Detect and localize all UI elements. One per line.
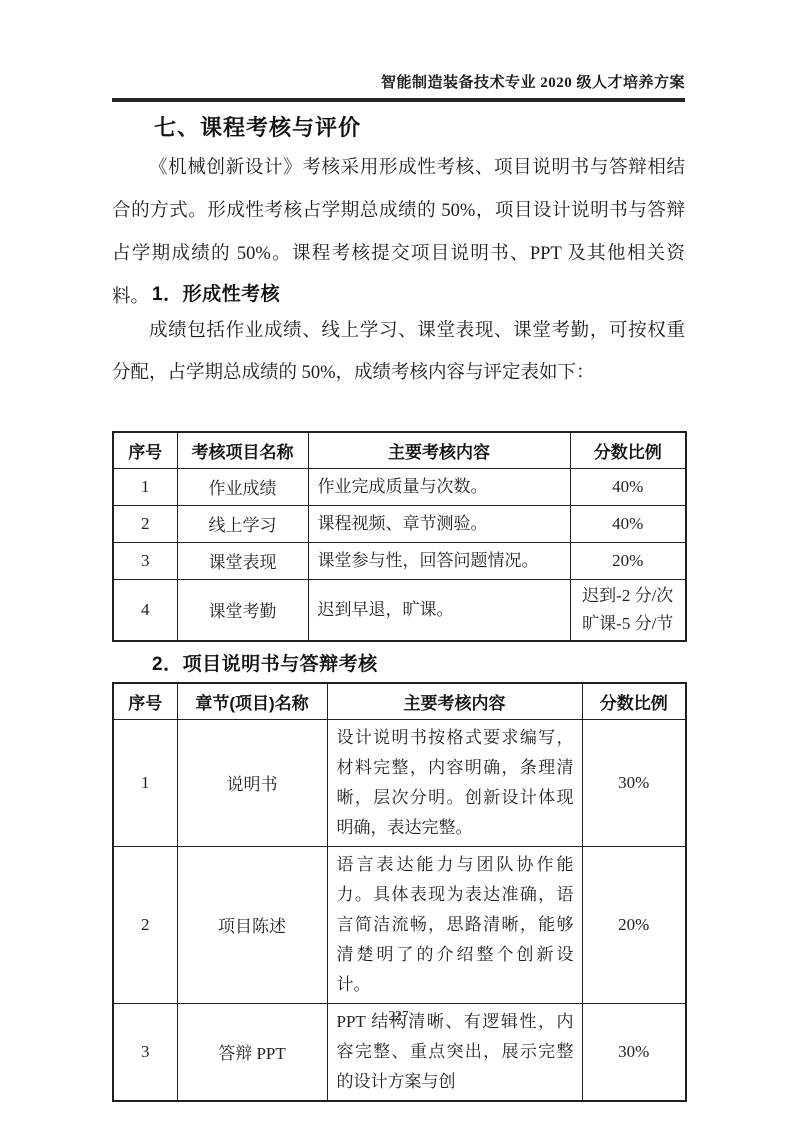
table1-row3-name: 课堂表现 bbox=[177, 542, 308, 579]
table1-row1-num: 1 bbox=[113, 468, 177, 505]
score-line-late: 迟到-2 分/次 bbox=[582, 582, 673, 610]
table-row: 1 作业成绩 作业完成质量与次数。 40% bbox=[113, 468, 686, 505]
table-row: 4 课堂考勤 迟到早退，旷课。 迟到-2 分/次 旷课-5 分/节 bbox=[113, 579, 686, 641]
table2-row2-num: 2 bbox=[113, 846, 177, 1003]
subsection1-heading: 1．形成性考核 bbox=[152, 279, 280, 306]
table1-row1-content: 作业完成质量与次数。 bbox=[308, 468, 570, 505]
table-row: 2 项目陈述 语言表达能力与团队协作能力。具体表现为表达准确，语言简洁流畅，思路… bbox=[113, 846, 686, 1003]
document-content-area: 智能制造装备技术专业 2020 级人才培养方案 七、课程考核与评价 《机械创新设… bbox=[112, 0, 685, 1122]
table1-row4-name: 课堂考勤 bbox=[177, 579, 308, 641]
table2-row2-content: 语言表达能力与团队协作能力。具体表现为表达准确，语言简洁流畅，思路清晰，能够清楚… bbox=[327, 846, 582, 1003]
table2-header-row: 序号 章节(项目)名称 主要考核内容 分数比例 bbox=[113, 683, 686, 719]
table2-row1-score: 30% bbox=[582, 719, 686, 846]
page-number: 227 bbox=[112, 1008, 685, 1024]
table1-row3-score: 20% bbox=[570, 542, 686, 579]
table1-row2-content: 课程视频、章节测验。 bbox=[308, 505, 570, 542]
table2-header-name: 章节(项目)名称 bbox=[177, 683, 327, 719]
table2-row1-content: 设计说明书按格式要求编写，材料完整，内容明确，条理清晰，层次分明。创新设计体现明… bbox=[327, 719, 582, 846]
table-row: 3 课堂表现 课堂参与性，回答问题情况。 20% bbox=[113, 542, 686, 579]
table-row: 2 线上学习 课程视频、章节测验。 40% bbox=[113, 505, 686, 542]
table2-row2-score: 20% bbox=[582, 846, 686, 1003]
document-page: 智能制造装备技术专业 2020 级人才培养方案 七、课程考核与评价 《机械创新设… bbox=[0, 0, 793, 1122]
table1-row4-content: 迟到早退，旷课。 bbox=[308, 579, 570, 641]
project-defense-assessment-table: 序号 章节(项目)名称 主要考核内容 分数比例 1 说明书 设计说明书按格式要求… bbox=[112, 682, 687, 1102]
table1-row2-name: 线上学习 bbox=[177, 505, 308, 542]
table-row: 1 说明书 设计说明书按格式要求编写，材料完整，内容明确，条理清晰，层次分明。创… bbox=[113, 719, 686, 846]
header-rule-divider bbox=[112, 98, 685, 102]
table2-row1-name: 说明书 bbox=[177, 719, 327, 846]
table2-row1-num: 1 bbox=[113, 719, 177, 846]
table2-header-content: 主要考核内容 bbox=[327, 683, 582, 719]
table1-row3-num: 3 bbox=[113, 542, 177, 579]
table1-header-score: 分数比例 bbox=[570, 432, 686, 468]
table1-row2-score: 40% bbox=[570, 505, 686, 542]
table1-row3-content: 课堂参与性，回答问题情况。 bbox=[308, 542, 570, 579]
table1-row4-num: 4 bbox=[113, 579, 177, 641]
table1-header-row: 序号 考核项目名称 主要考核内容 分数比例 bbox=[113, 432, 686, 468]
table2-row2-name: 项目陈述 bbox=[177, 846, 327, 1003]
table1-row4-score: 迟到-2 分/次 旷课-5 分/节 bbox=[570, 579, 686, 641]
formative-assessment-table: 序号 考核项目名称 主要考核内容 分数比例 1 作业成绩 作业完成质量与次数。 … bbox=[112, 431, 687, 642]
table1-header-content: 主要考核内容 bbox=[308, 432, 570, 468]
table2-header-score: 分数比例 bbox=[582, 683, 686, 719]
table1-header-num: 序号 bbox=[113, 432, 177, 468]
subsection2-heading: 2．项目说明书与答辩考核 bbox=[152, 649, 378, 676]
table1-row1-name: 作业成绩 bbox=[177, 468, 308, 505]
section-title: 七、课程考核与评价 bbox=[154, 111, 361, 142]
table1-header-name: 考核项目名称 bbox=[177, 432, 308, 468]
table1-row1-score: 40% bbox=[570, 468, 686, 505]
subsection1-paragraph: 成绩包括作业成绩、线上学习、课堂表现、课堂考勤，可按权重分配，占学期总成绩的 5… bbox=[112, 310, 685, 394]
table2-header-num: 序号 bbox=[113, 683, 177, 719]
running-header: 智能制造装备技术专业 2020 级人才培养方案 bbox=[112, 71, 685, 92]
score-line-absent: 旷课-5 分/节 bbox=[582, 610, 673, 638]
table1-row2-num: 2 bbox=[113, 505, 177, 542]
